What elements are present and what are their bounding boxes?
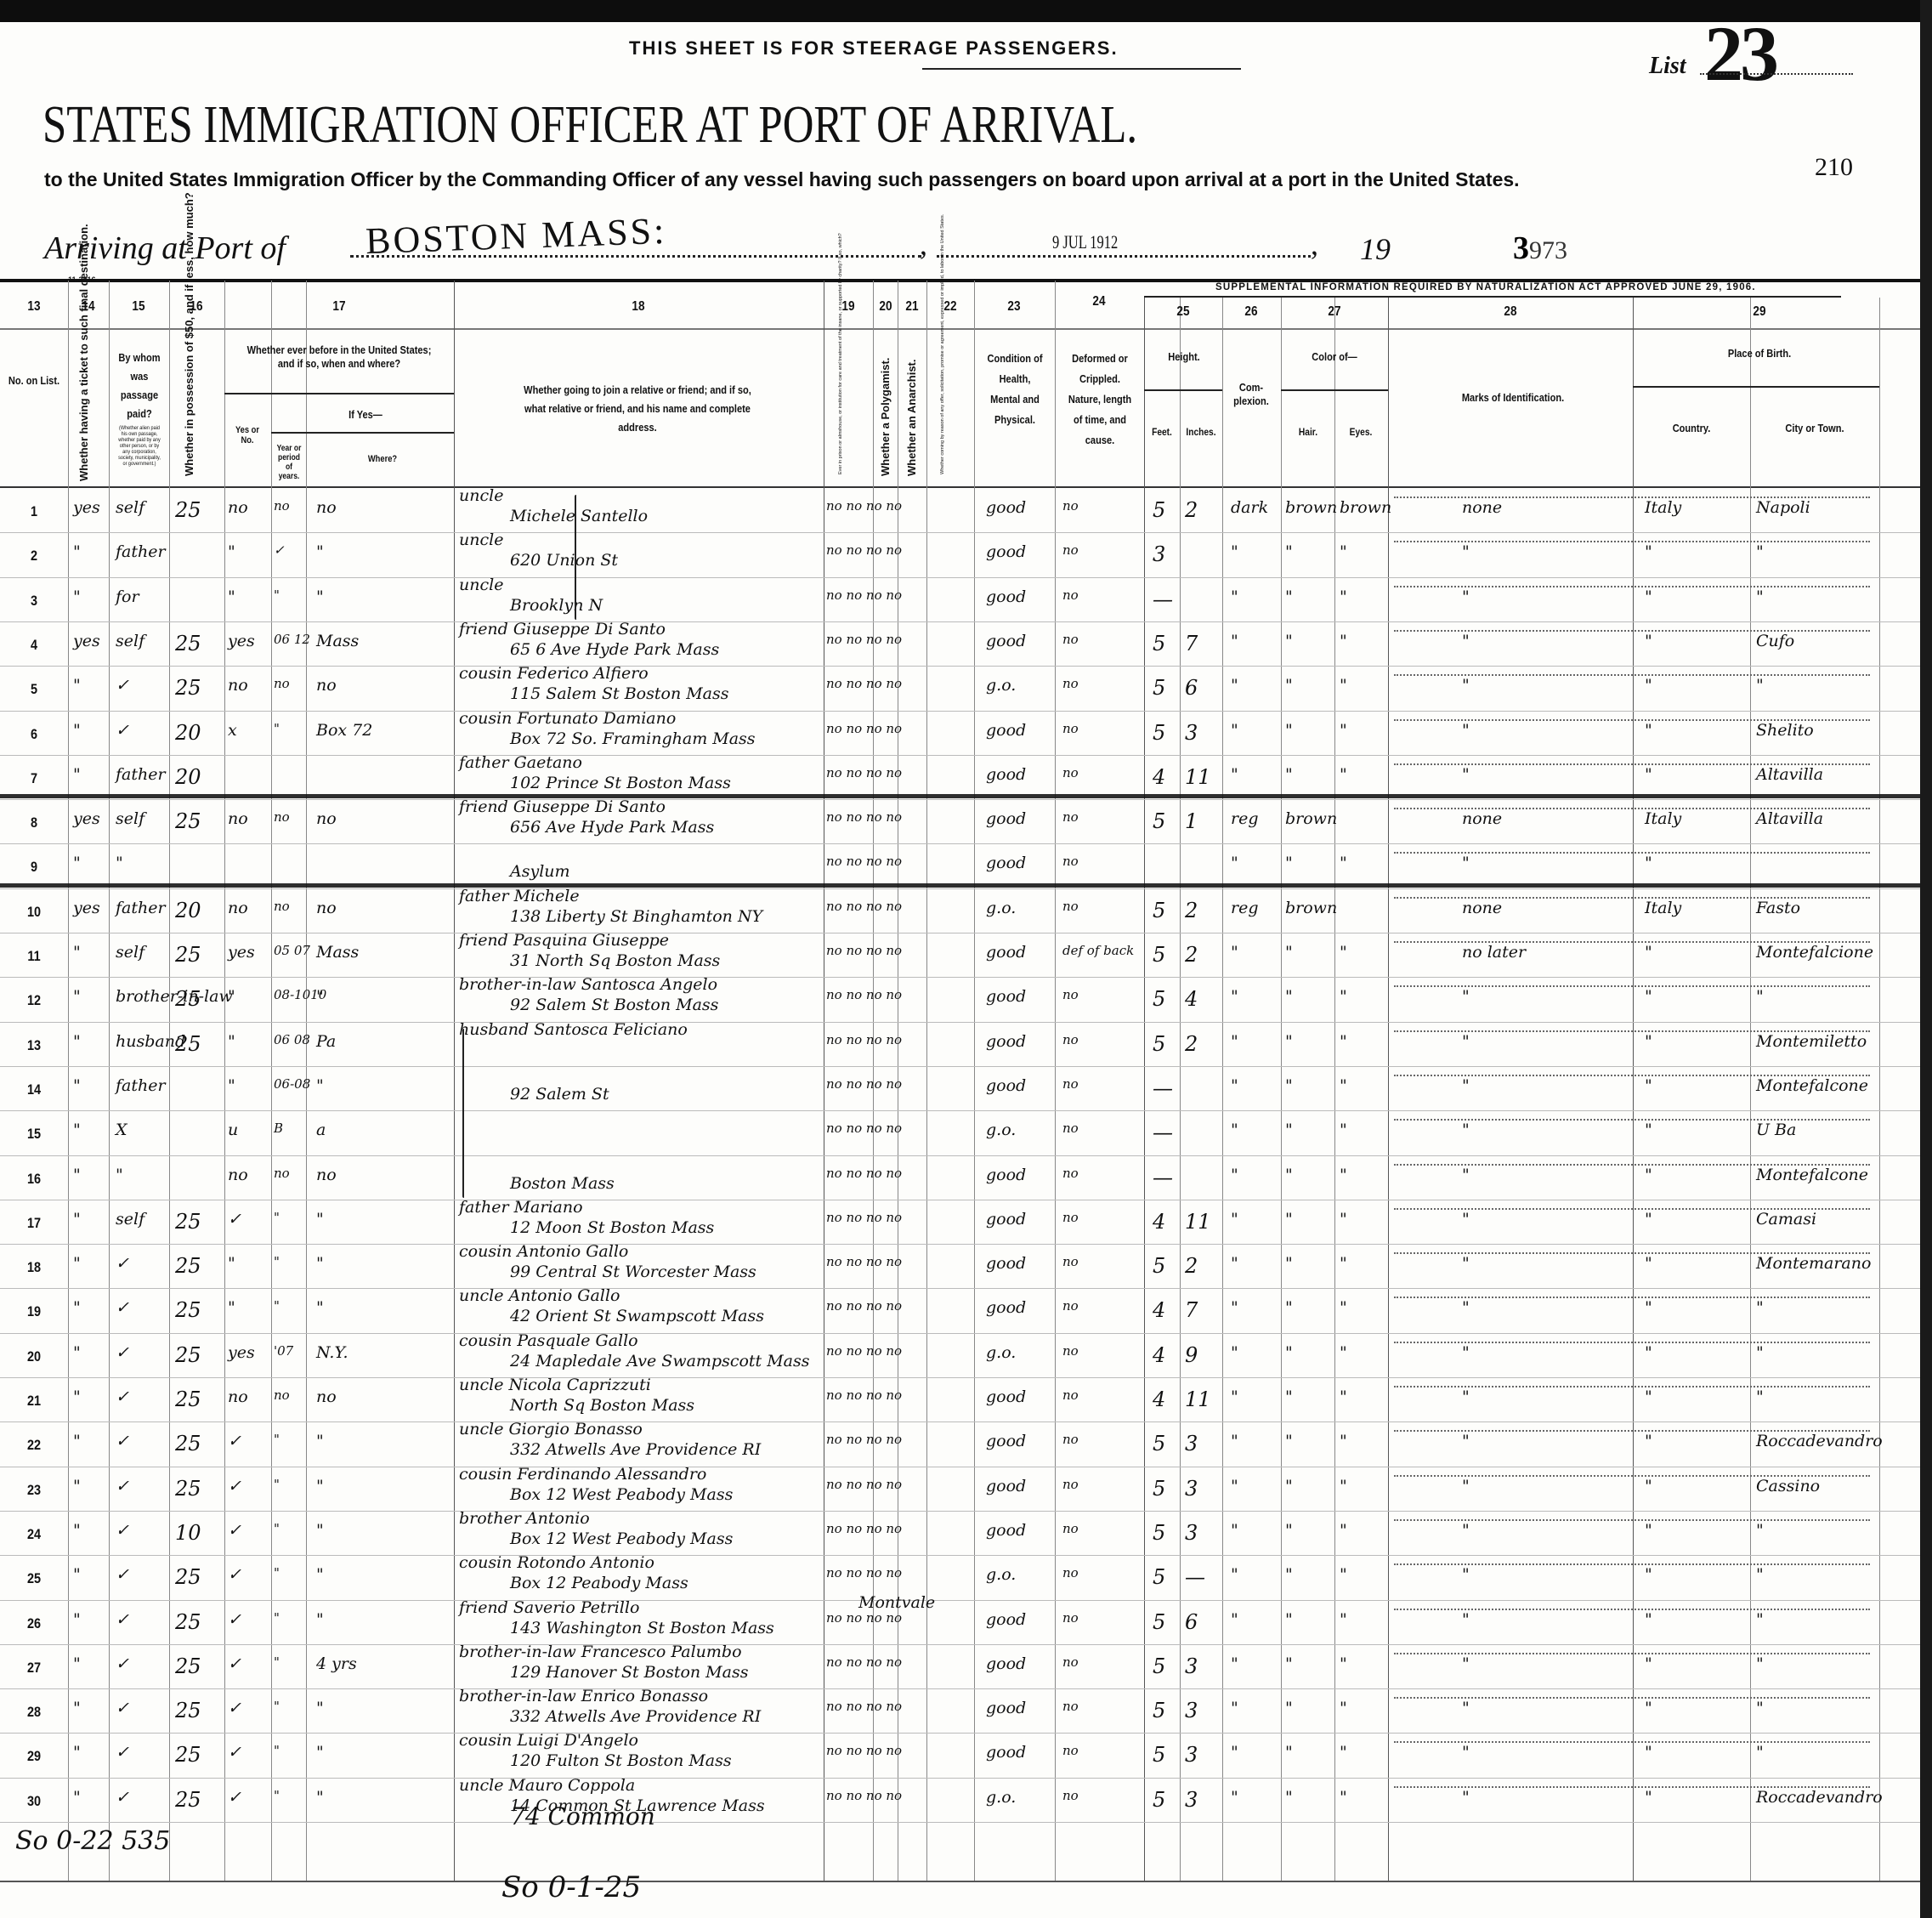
- cell-year: B: [274, 1121, 283, 1136]
- cell-join: friend Giuseppe Di Santo: [459, 797, 666, 816]
- scan-top-edge: [0, 0, 1932, 22]
- cell-city: Roccadevandro: [1756, 1432, 1883, 1450]
- row-number: 12: [5, 992, 63, 1009]
- cell-paid: self: [116, 632, 144, 650]
- cell-marks: ": [1462, 632, 1470, 650]
- cell-eyes: ": [1340, 542, 1347, 561]
- cell-city: Roccadevandro: [1756, 1788, 1883, 1807]
- cell-year: ": [274, 721, 280, 736]
- steerage-notice: THIS SHEET IS FOR STEERAGE PASSENGERS.: [629, 37, 1119, 60]
- cell-eyes: ": [1340, 1565, 1347, 1584]
- cell-complexion: ": [1231, 1521, 1238, 1540]
- row-rule: [0, 755, 1920, 756]
- header-anarchist: Whether an Anarchist.: [906, 340, 918, 476]
- cell-marks: ": [1462, 987, 1470, 1006]
- cell-note: Montvale: [858, 1593, 935, 1612]
- cell-inches: 11: [1185, 1387, 1211, 1411]
- column-divider: [109, 281, 110, 1881]
- cell-join: cousin Antonio Gallo: [459, 1242, 628, 1261]
- cell-city: Montefalcone: [1756, 1076, 1868, 1095]
- cell-before: ✓: [228, 1699, 241, 1717]
- cell-complexion: ": [1231, 1121, 1238, 1139]
- cell-city: ": [1756, 1654, 1764, 1673]
- cell-country: ": [1645, 721, 1652, 740]
- cell-before: ": [228, 1254, 235, 1273]
- arrival-date-stamp: 9 JUL 1912: [1052, 231, 1118, 253]
- cell-before: no: [228, 899, 248, 917]
- supplemental-heading: SUPPLEMENTAL INFORMATION REQUIRED BY NAT…: [1215, 282, 1756, 292]
- cell-complexion: ": [1231, 1432, 1238, 1450]
- cell-money: 20: [175, 721, 201, 745]
- cell-ticket: ": [73, 1343, 81, 1362]
- cell-feet: 4: [1153, 765, 1165, 789]
- cell-health: good: [986, 498, 1026, 517]
- cell-before: no: [228, 676, 248, 695]
- cell-year: no: [274, 899, 290, 914]
- cell-money: 10: [175, 1521, 201, 1545]
- cell-marks: ": [1462, 854, 1470, 872]
- cell-eyes: ": [1340, 721, 1347, 740]
- cell-deformed: no: [1062, 809, 1079, 825]
- cell-ticket: ": [73, 1298, 81, 1317]
- col-num-17: 17: [325, 299, 354, 315]
- col-num-15: 15: [124, 299, 153, 315]
- left-tally: So 0-22 535: [15, 1826, 170, 1856]
- cell-q: no no no no: [826, 987, 902, 1002]
- header-country: Country.: [1645, 422, 1739, 435]
- cell-where: no: [316, 809, 337, 828]
- cell-country: ": [1645, 1477, 1652, 1495]
- cell-feet: 5: [1153, 1521, 1165, 1545]
- cell-paid: self: [116, 498, 144, 517]
- cell-country: ": [1645, 1210, 1652, 1229]
- cell-health: good: [986, 1610, 1026, 1629]
- cell-complexion: reg: [1231, 899, 1259, 917]
- cell-address: 143 Washington St Boston Mass: [510, 1619, 774, 1637]
- cell-marks: ": [1462, 1254, 1470, 1273]
- cell-eyes: ": [1340, 1654, 1347, 1673]
- cell-city: Shelito: [1756, 721, 1814, 740]
- cell-ticket: ": [73, 1699, 81, 1717]
- cell-where: N.Y.: [316, 1343, 348, 1362]
- cell-hair: ": [1285, 1521, 1293, 1540]
- cell-year: 05 07: [274, 943, 310, 958]
- cell-q: no no no no: [826, 1121, 902, 1136]
- cell-q: no no no no: [826, 1343, 902, 1359]
- cell-complexion: ": [1231, 1477, 1238, 1495]
- cell-year: ": [274, 1298, 280, 1314]
- cell-eyes: ": [1340, 1521, 1347, 1540]
- cell-before: yes: [228, 632, 255, 650]
- cell-join: uncle Antonio Gallo: [459, 1286, 620, 1305]
- cell-year: ": [274, 1432, 280, 1447]
- cell-hair: ": [1285, 1699, 1293, 1717]
- cell-before: ✓: [228, 1521, 241, 1540]
- cell-join: uncle: [459, 486, 503, 505]
- header-yes-no: Yes or No.: [229, 425, 266, 445]
- cell-where: Mass: [316, 943, 359, 962]
- cell-paid: ✓: [116, 1654, 129, 1673]
- cell-money: 25: [175, 987, 201, 1011]
- cell-inches: 2: [1185, 899, 1198, 922]
- row-rule: [0, 1155, 1920, 1156]
- cell-city: Altavilla: [1756, 765, 1823, 784]
- header-passage-note: (Whether alien paid his own passage, whe…: [116, 425, 162, 467]
- cell-paid: ✓: [116, 1788, 129, 1807]
- column-divider: [926, 281, 927, 1881]
- cell-year: '07: [274, 1343, 293, 1359]
- cell-hair: ": [1285, 1210, 1293, 1229]
- cell-health: good: [986, 1076, 1026, 1095]
- cell-join: uncle Giorgio Bonasso: [459, 1420, 643, 1438]
- cell-marks: ": [1462, 1521, 1470, 1540]
- cell-q: no no no no: [826, 1432, 902, 1447]
- row-number: 15: [5, 1126, 63, 1143]
- cell-inches: 2: [1185, 498, 1198, 522]
- cell-hair: ": [1285, 943, 1293, 962]
- cell-city: ": [1756, 987, 1764, 1006]
- cell-inches: —: [1185, 1565, 1205, 1589]
- cell-hair: ": [1285, 765, 1293, 784]
- header-before-in-us: Whether ever before in the United States…: [245, 343, 434, 371]
- cell-health: g.o.: [986, 1121, 1016, 1139]
- row-number: 3: [5, 593, 63, 610]
- cell-q: no no no no: [826, 1743, 902, 1758]
- cell-paid: brother-in-law: [116, 987, 233, 1006]
- cell-money: 25: [175, 1610, 201, 1634]
- cell-deformed: def of back: [1062, 943, 1134, 958]
- cell-year: ": [274, 1610, 280, 1626]
- cell-where: no: [316, 1387, 337, 1406]
- cell-q: no no no no: [826, 587, 902, 603]
- cell-marks: ": [1462, 587, 1470, 606]
- cell-before: yes: [228, 943, 255, 962]
- cell-year: ": [274, 1254, 280, 1269]
- c17-sub-rule: [271, 432, 454, 434]
- cell-feet: —: [1153, 1076, 1173, 1100]
- cell-deformed: no: [1062, 1032, 1079, 1047]
- date-field-line: [937, 255, 1311, 258]
- row-number: 29: [5, 1748, 63, 1765]
- cell-hair: brown: [1285, 498, 1337, 517]
- cell-join: uncle Nicola Caprizzuti: [459, 1376, 651, 1394]
- cell-where: ": [316, 1254, 324, 1273]
- row-rule: [0, 843, 1920, 844]
- cell-city: Camasi: [1756, 1210, 1816, 1229]
- cell-feet: 5: [1153, 1610, 1165, 1634]
- header-eyes: Eyes.: [1340, 425, 1381, 439]
- cell-eyes: ": [1340, 1477, 1347, 1495]
- row-number: 4: [5, 637, 63, 654]
- cell-where: ": [316, 1477, 324, 1495]
- cell-address: 99 Central St Worcester Mass: [510, 1263, 756, 1281]
- year-prefix: 19: [1360, 231, 1391, 267]
- cell-year: ": [274, 1565, 280, 1580]
- cell-complexion: ": [1231, 676, 1238, 695]
- cell-city: Montefalcone: [1756, 1166, 1868, 1184]
- row-rule: [0, 1467, 1920, 1467]
- cell-q: no no no no: [826, 1298, 902, 1314]
- row-rule: [0, 1200, 1920, 1200]
- cell-year: ": [274, 1699, 280, 1714]
- row-number: 24: [5, 1526, 63, 1543]
- cell-complexion: ": [1231, 542, 1238, 561]
- cell-paid: ✓: [116, 1477, 129, 1495]
- sheet-code: 210: [1815, 153, 1853, 182]
- row-rule: [0, 1600, 1920, 1601]
- cell-marks: ": [1462, 1032, 1470, 1051]
- cell-q: no no no no: [826, 854, 902, 869]
- col-num-13: 13: [20, 299, 48, 315]
- cell-before: ✓: [228, 1788, 241, 1807]
- cell-city: ": [1756, 542, 1764, 561]
- row-rule: [0, 1688, 1920, 1689]
- cell-deformed: no: [1062, 765, 1079, 780]
- cell-country: ": [1645, 1654, 1652, 1673]
- cell-health: g.o.: [986, 1343, 1016, 1362]
- cell-q: no no no no: [826, 542, 902, 558]
- cell-health: good: [986, 1477, 1026, 1495]
- column-divider: [271, 281, 272, 1881]
- cell-marks: ": [1462, 1610, 1470, 1629]
- col-num-24: 24: [1085, 294, 1113, 309]
- cell-complexion: ": [1231, 632, 1238, 650]
- cell-inches: 9: [1185, 1343, 1198, 1367]
- cell-paid: father: [116, 765, 166, 784]
- cell-hair: ": [1285, 676, 1293, 695]
- row-rule: [0, 1244, 1920, 1245]
- cell-health: good: [986, 1521, 1026, 1540]
- cell-q: no no no no: [826, 632, 902, 647]
- header-polygamist: Whether a Polygamist.: [880, 340, 892, 476]
- column-divider: [1281, 298, 1282, 1881]
- cell-inches: 4: [1185, 987, 1198, 1011]
- cell-address: 24 Mapledale Ave Swampscott Mass: [510, 1352, 810, 1370]
- cell-q: no no no no: [826, 498, 902, 514]
- cell-q: no no no no: [826, 1654, 902, 1670]
- cell-hair: ": [1285, 1565, 1293, 1584]
- cell-join: cousin Pasquale Gallo: [459, 1331, 638, 1350]
- cell-join: brother-in-law Santosca Angelo: [459, 975, 717, 994]
- cell-q: no no no no: [826, 1788, 902, 1803]
- cell-health: g.o.: [986, 1565, 1016, 1584]
- cell-feet: 4: [1153, 1298, 1165, 1322]
- cell-feet: 5: [1153, 943, 1165, 967]
- cell-address: Box 72 So. Framingham Mass: [510, 729, 756, 748]
- row-number: 27: [5, 1660, 63, 1677]
- cell-city: ": [1756, 1565, 1764, 1584]
- cell-deformed: no: [1062, 1788, 1079, 1803]
- cell-country: ": [1645, 1254, 1652, 1273]
- cell-eyes: ": [1340, 1432, 1347, 1450]
- cell-paid: self: [116, 809, 144, 828]
- row-rule: [0, 888, 1920, 889]
- cell-where: ": [316, 1610, 324, 1629]
- cell-marks: ": [1462, 765, 1470, 784]
- cell-complexion: ": [1231, 721, 1238, 740]
- cell-where: ": [316, 542, 324, 561]
- cell-feet: 5: [1153, 1743, 1165, 1767]
- cell-join: cousin Ferdinando Alessandro: [459, 1465, 706, 1484]
- cell-q: no no no no: [826, 1032, 902, 1047]
- cell-ticket: ": [73, 854, 81, 872]
- cell-marks: ": [1462, 676, 1470, 695]
- cell-join: brother Antonio: [459, 1509, 590, 1528]
- cell-hair: ": [1285, 1387, 1293, 1406]
- row-number: 7: [5, 770, 63, 787]
- cell-marks: ": [1462, 542, 1470, 561]
- cell-join: cousin Luigi D'Angelo: [459, 1731, 638, 1750]
- row-number: 17: [5, 1215, 63, 1232]
- cell-before: ✓: [228, 1654, 241, 1673]
- cell-q: no no no no: [826, 809, 902, 825]
- list-label: List: [1649, 53, 1686, 80]
- header-contract-labor: Whether coming by reason of any offer, s…: [940, 338, 959, 474]
- row-rule: [0, 1822, 1920, 1823]
- cell-where: ": [316, 1210, 324, 1229]
- header-marks: Marks of Identification.: [1426, 391, 1600, 405]
- cell-feet: 4: [1153, 1387, 1165, 1411]
- list-number-rule: [1700, 71, 1853, 75]
- cell-where: ": [316, 1521, 324, 1540]
- cell-address: 92 Salem St Boston Mass: [510, 996, 718, 1014]
- cell-money: 25: [175, 498, 201, 522]
- cell-money: 25: [175, 943, 201, 967]
- cell-marks: ": [1462, 1654, 1470, 1673]
- cell-money: 25: [175, 676, 201, 700]
- cell-paid: ✓: [116, 1565, 129, 1584]
- row-number: 28: [5, 1704, 63, 1721]
- cell-ticket: ": [73, 1743, 81, 1762]
- cell-q: no no no no: [826, 765, 902, 780]
- cell-where: Mass: [316, 632, 359, 650]
- cell-money: 25: [175, 1298, 201, 1322]
- cell-country: Italy: [1645, 899, 1681, 917]
- cell-ticket: ": [73, 1121, 81, 1139]
- cell-where: no: [316, 676, 337, 695]
- cell-eyes: ": [1340, 1610, 1347, 1629]
- cell-hair: ": [1285, 1788, 1293, 1807]
- cell-ticket: ": [73, 1076, 81, 1095]
- cell-deformed: no: [1062, 542, 1079, 558]
- cell-ticket: ": [73, 1654, 81, 1673]
- cell-health: good: [986, 632, 1026, 650]
- cell-deformed: no: [1062, 1121, 1079, 1136]
- cell-paid: ✓: [116, 1387, 129, 1406]
- cell-before: ✓: [228, 1743, 241, 1762]
- comma: ,: [920, 226, 927, 262]
- cell-paid: ✓: [116, 1699, 129, 1717]
- cell-address: 129 Hanover St Boston Mass: [510, 1663, 748, 1682]
- cell-health: good: [986, 943, 1026, 962]
- cell-paid: self: [116, 943, 144, 962]
- page-title: STATES IMMIGRATION OFFICER AT PORT OF AR…: [42, 95, 1137, 156]
- cell-join: friend Saverio Petrillo: [459, 1598, 639, 1617]
- header-year: Year or period of years.: [275, 444, 303, 481]
- cell-deformed: no: [1062, 498, 1079, 514]
- cell-marks: ": [1462, 721, 1470, 740]
- cell-address: 120 Fulton St Boston Mass: [510, 1751, 732, 1770]
- cell-deformed: no: [1062, 1565, 1079, 1580]
- cell-country: ": [1645, 1387, 1652, 1406]
- cell-health: g.o.: [986, 1788, 1016, 1807]
- cell-city: ": [1756, 1298, 1764, 1317]
- cell-city: U Ba: [1756, 1121, 1796, 1139]
- cell-deformed: no: [1062, 1076, 1079, 1092]
- col-num-27: 27: [1320, 304, 1349, 320]
- cell-paid: X: [116, 1121, 127, 1139]
- cell-address: 656 Ave Hyde Park Mass: [510, 818, 714, 837]
- cell-where: no: [316, 498, 337, 517]
- cell-complexion: ": [1231, 1210, 1238, 1229]
- cell-ticket: yes: [73, 632, 100, 650]
- cell-hair: ": [1285, 1743, 1293, 1762]
- cell-hair: brown: [1285, 899, 1337, 917]
- cell-q: no no no no: [826, 721, 902, 736]
- row-rule: [0, 1022, 1920, 1023]
- cell-q: no no no no: [826, 1387, 902, 1403]
- header-where: Where?: [347, 452, 419, 466]
- cell-complexion: ": [1231, 1032, 1238, 1051]
- cell-feet: 5: [1153, 1699, 1165, 1722]
- row-number: 5: [5, 681, 63, 698]
- cell-complexion: ": [1231, 587, 1238, 606]
- cell-health: good: [986, 1743, 1026, 1762]
- cell-address: Box 12 Peabody Mass: [510, 1574, 688, 1592]
- header-place-of-birth: Place of Birth.: [1673, 347, 1846, 360]
- cell-inches: 3: [1185, 1477, 1198, 1501]
- row-rule: [0, 1110, 1920, 1111]
- cell-money: 20: [175, 765, 201, 789]
- stamp-lead-digit: 3: [1513, 230, 1529, 266]
- cell-deformed: no: [1062, 1477, 1079, 1492]
- cell-hair: ": [1285, 1298, 1293, 1317]
- c25-rule: [1144, 389, 1222, 391]
- cell-country: ": [1645, 1565, 1652, 1584]
- cell-year: ": [274, 1477, 280, 1492]
- cell-hair: ": [1285, 1477, 1293, 1495]
- column-divider: [68, 281, 69, 1881]
- cell-health: good: [986, 1298, 1026, 1317]
- cell-complexion: dark: [1231, 498, 1268, 517]
- cell-money: 25: [175, 1788, 201, 1812]
- cell-eyes: ": [1340, 1254, 1347, 1273]
- cell-year: no: [274, 676, 290, 691]
- cell-health: good: [986, 765, 1026, 784]
- cell-eyes: ": [1340, 943, 1347, 962]
- cell-eyes: ": [1340, 854, 1347, 872]
- cell-year: ✓: [274, 542, 285, 558]
- c27-rule: [1281, 389, 1388, 391]
- cell-address: 332 Atwells Ave Providence RI: [510, 1707, 761, 1726]
- cell-eyes: ": [1340, 1387, 1347, 1406]
- cell-before: ": [228, 1298, 235, 1317]
- cell-ticket: ": [73, 765, 81, 784]
- cell-year: ": [274, 1210, 280, 1225]
- row-number: 18: [5, 1259, 63, 1276]
- cell-paid: father: [116, 542, 166, 561]
- cell-country: ": [1645, 632, 1652, 650]
- cell-deformed: no: [1062, 1343, 1079, 1359]
- cell-feet: 5: [1153, 1477, 1165, 1501]
- cell-address: 92 Salem St: [510, 1085, 609, 1104]
- cell-before: yes: [228, 1343, 255, 1362]
- cell-marks: no later: [1462, 943, 1526, 962]
- cell-deformed: no: [1062, 1166, 1079, 1181]
- cell-complexion: reg: [1231, 809, 1259, 828]
- cell-country: ": [1645, 1743, 1652, 1762]
- cell-eyes: ": [1340, 1121, 1347, 1139]
